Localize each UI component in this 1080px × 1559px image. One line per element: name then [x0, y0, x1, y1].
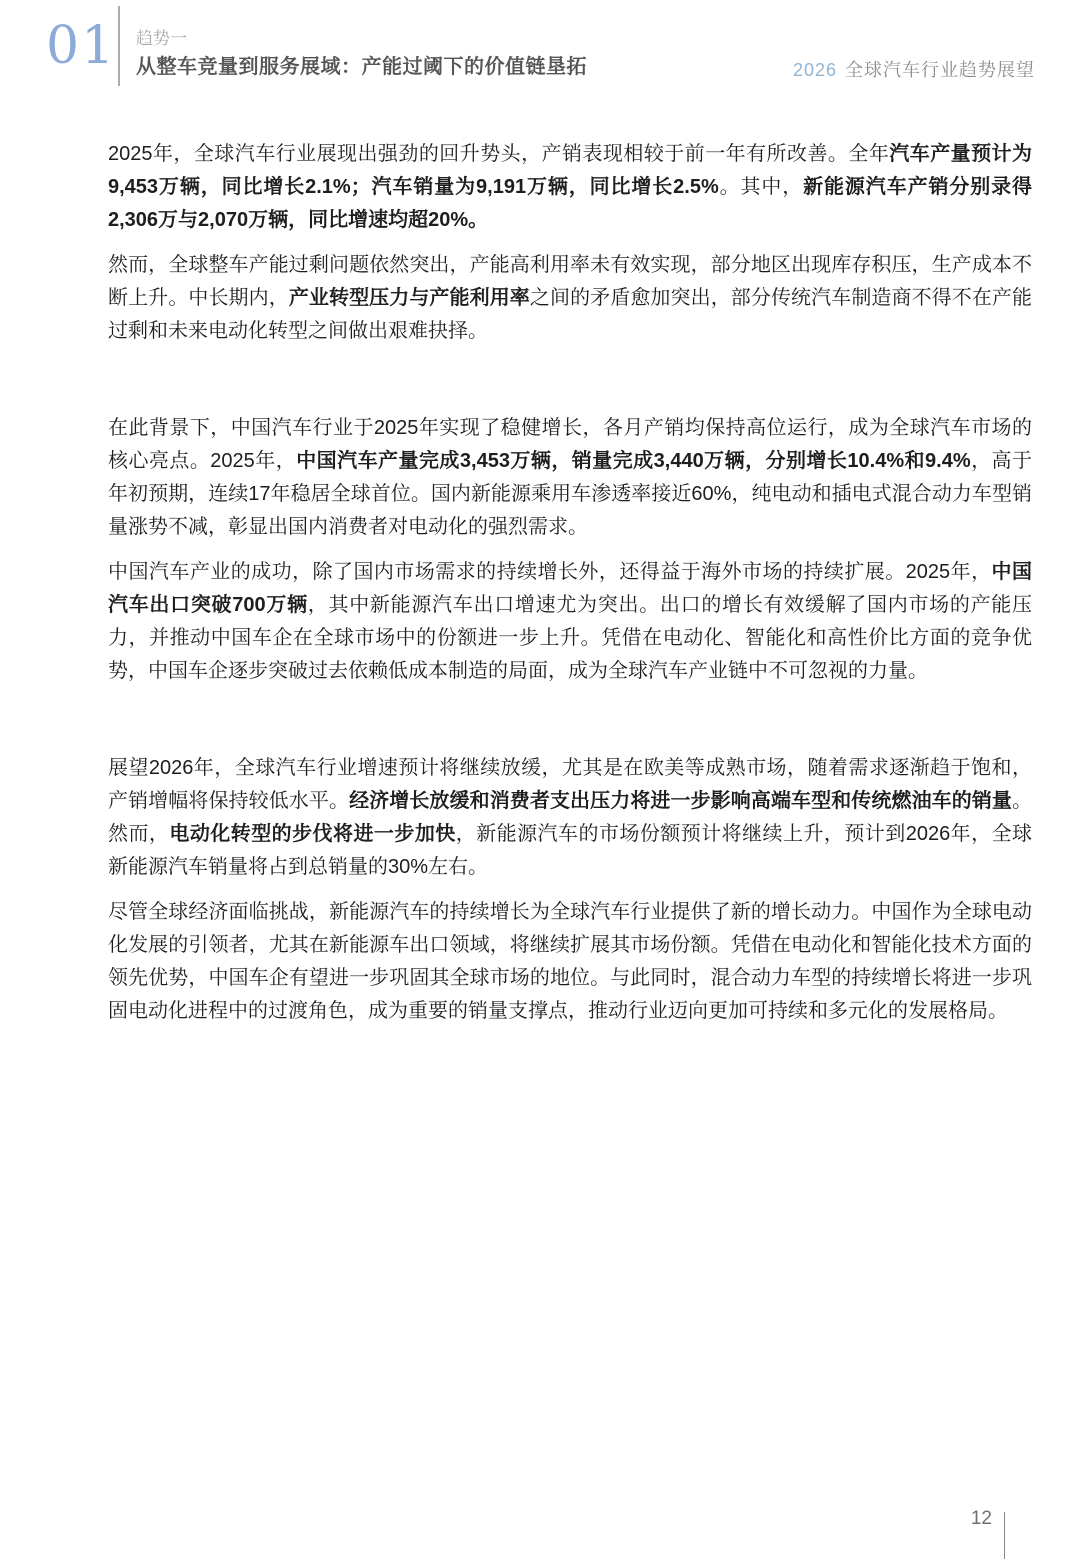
- paragraph-overview-global: 2025年，全球汽车行业展现出强劲的回升势头，产销表现相较于前一年有所改善。全年…: [108, 138, 1032, 237]
- body-text: 2025年，全球汽车行业展现出强劲的回升势头，产销表现相较于前一年有所改善。全年…: [108, 138, 1032, 1040]
- page-number: 12: [940, 1508, 992, 1530]
- report-page: 01 趋势一 从整车竞量到服务展域：产能过阈下的价值链垦拓 2026全球汽车行业…: [0, 0, 1080, 1559]
- chapter-label: 趋势一: [136, 24, 187, 49]
- chapter-number: 01: [46, 20, 116, 72]
- report-edition: 2026全球汽车行业趋势展望: [793, 56, 1035, 82]
- paragraph-china-export: 中国汽车产业的成功，除了国内市场需求的持续增长外，还得益于海外市场的持续扩展。2…: [108, 556, 1032, 688]
- header-divider: [118, 6, 120, 86]
- edition-title: 全球汽车行业趋势展望: [845, 60, 1035, 80]
- paragraph-china-growth: 在此背景下，中国汽车行业于2025年实现了稳健增长，各月产销均保持高位运行，成为…: [108, 412, 1032, 544]
- edition-year: 2026: [793, 60, 837, 80]
- footer-rule: [1004, 1512, 1005, 1559]
- paragraph-outlook-2026: 展望2026年，全球汽车行业增速预计将继续放缓，尤其是在欧美等成熟市场，随着需求…: [108, 752, 1032, 884]
- chapter-title: 从整车竞量到服务展域：产能过阈下的价值链垦拓: [136, 50, 587, 79]
- paragraph-overcapacity: 然而，全球整车产能过剩问题依然突出，产能高利用率未有效实现，部分地区出现库存积压…: [108, 249, 1032, 348]
- paragraph-ev-momentum: 尽管全球经济面临挑战，新能源汽车的持续增长为全球汽车行业提供了新的增长动力。中国…: [108, 896, 1032, 1028]
